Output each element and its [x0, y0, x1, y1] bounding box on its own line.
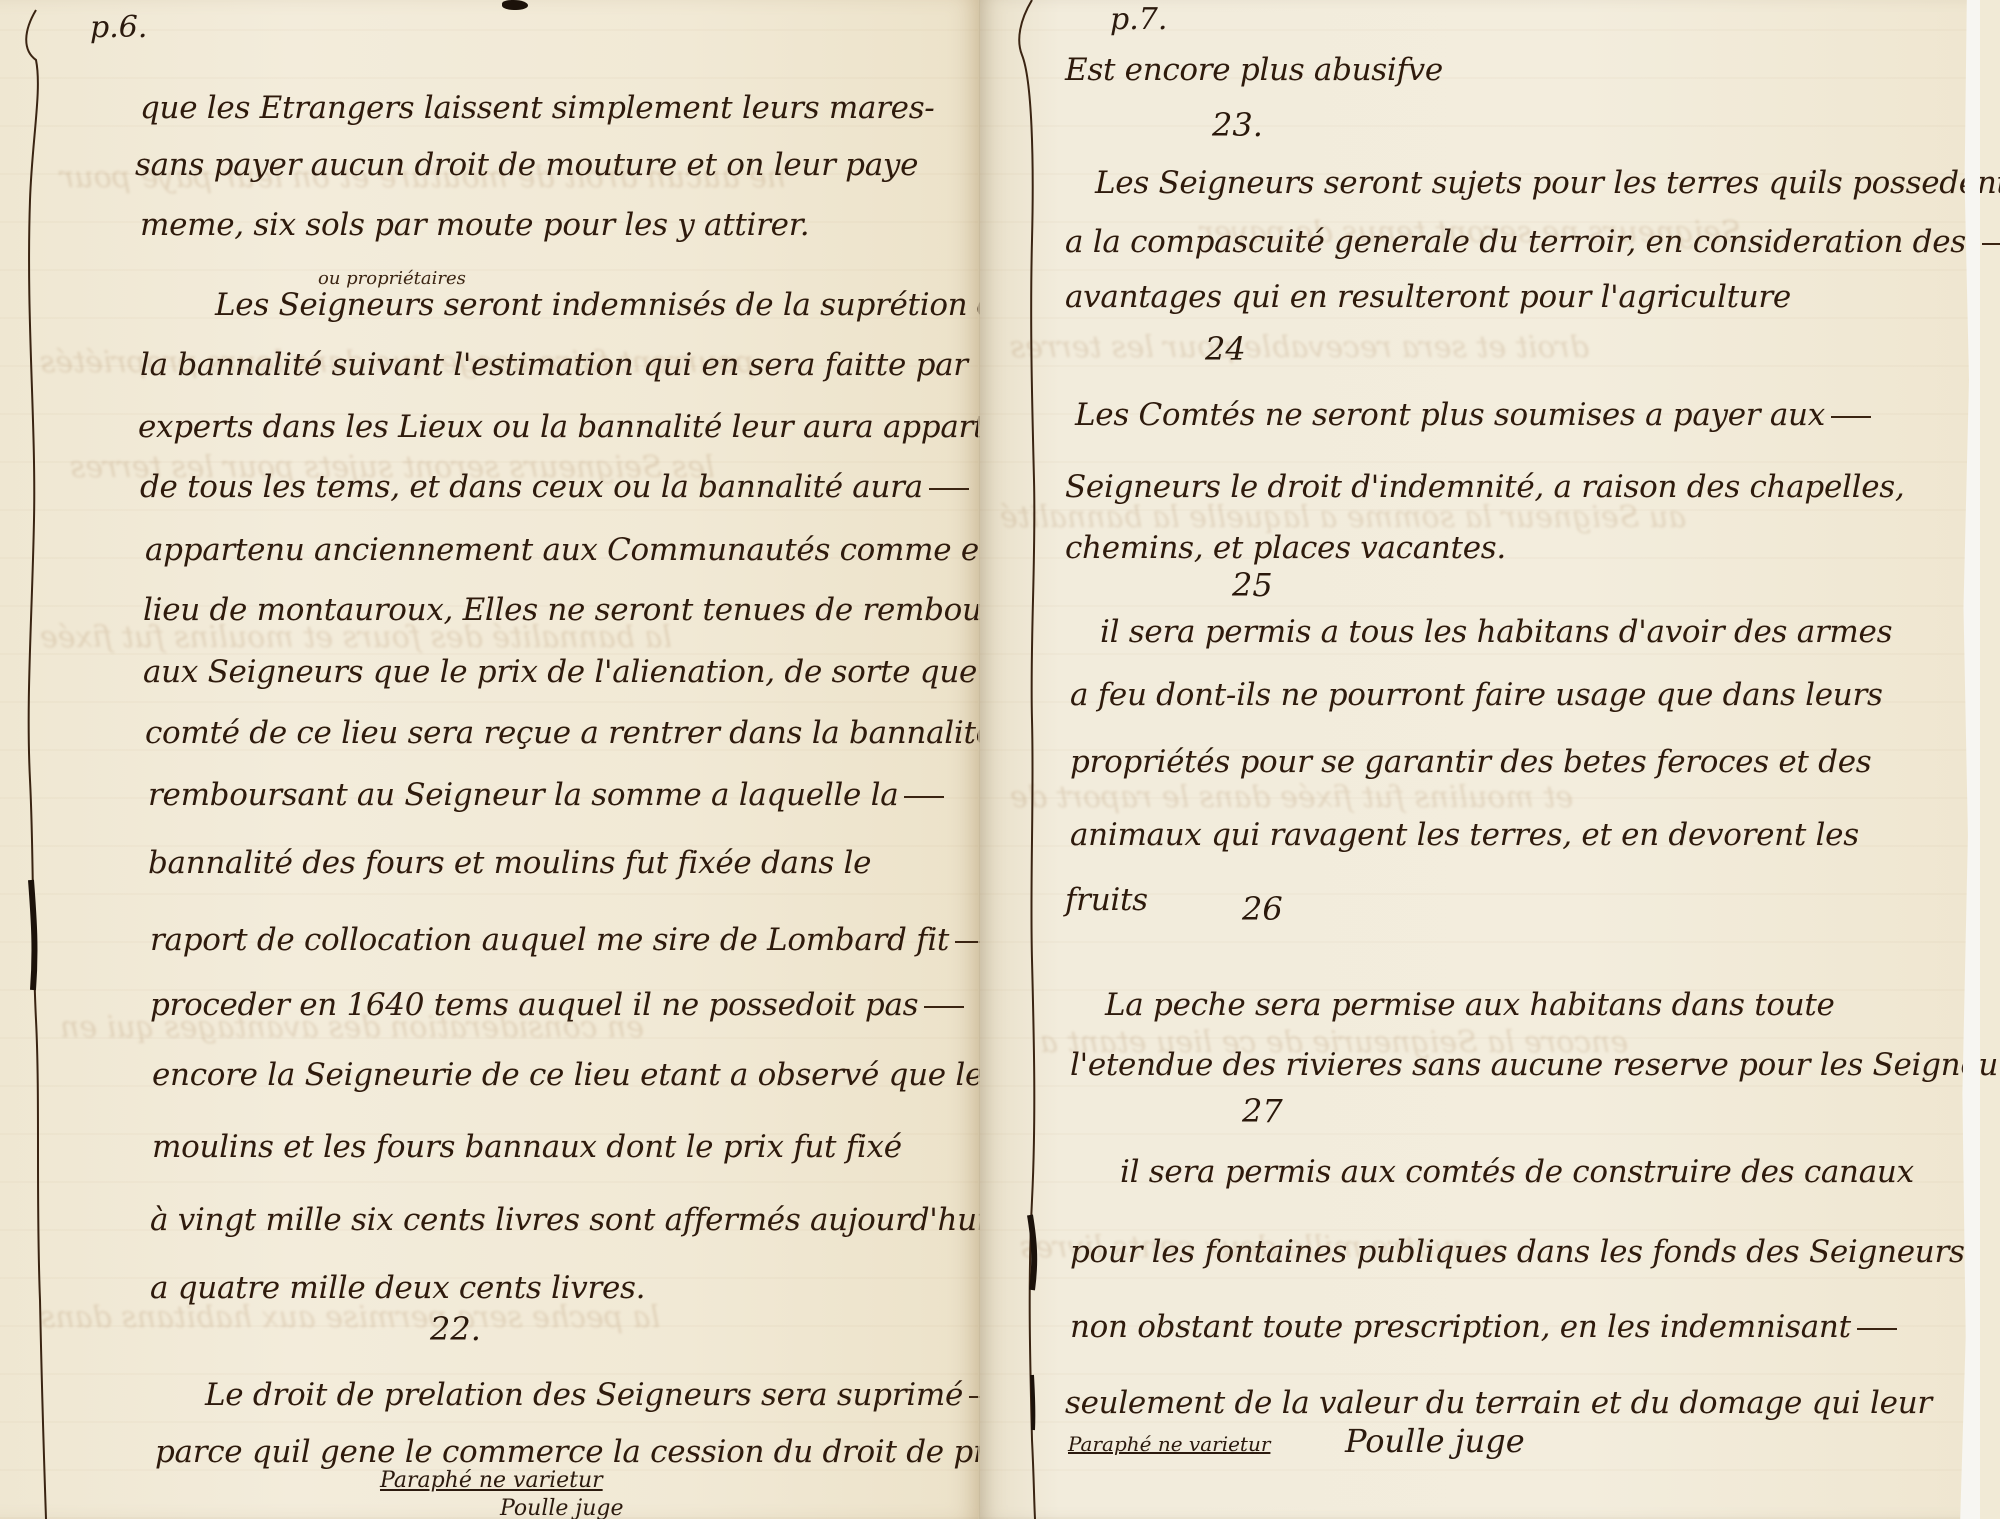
text-line: remboursant au Seigneur la somme a laque… [148, 775, 944, 815]
text-line: Les Seigneurs seront sujets pour les ter… [1095, 163, 2000, 203]
text-line: Le droit de prelation des Seigneurs sera… [205, 1375, 1009, 1415]
text-line: il sera permis a tous les habitans d'avo… [1100, 612, 1892, 652]
text-line: que les Etrangers laissent simplement le… [140, 88, 934, 128]
text-line: bannalité des fours et moulins fut fixée… [148, 843, 871, 883]
text-line: à vingt mille six cents livres sont affe… [150, 1200, 986, 1240]
text-line: encore la Seigneurie de ce lieu etant a … [152, 1055, 1045, 1095]
text-line: seulement de la valeur du terrain et du … [1065, 1383, 1932, 1423]
text-line: proceder en 1640 tems auquel il ne posse… [150, 985, 964, 1025]
text-line: a la compascuité generale du terroir, en… [1065, 222, 2000, 262]
ink-blot [502, 0, 528, 10]
paraph-text: Paraphé ne varietur [1068, 1432, 1270, 1456]
article-number: 23. [1212, 106, 1263, 144]
text-line: chemins, et places vacantes. [1065, 528, 1506, 568]
text-line: moulins et les fours bannaux dont le pri… [152, 1127, 902, 1167]
text-line: propriétés pour se garantir des betes fe… [1070, 742, 1871, 782]
text-line: aux Seigneurs que le prix de l'alienatio… [143, 652, 1014, 692]
left-page: ne aucun droit de mouture et on leur pay… [0, 0, 980, 1519]
text-line: sans payer aucun droit de mouture et on … [135, 145, 918, 185]
text-line: de tous les tems, et dans ceux ou la ban… [140, 467, 969, 507]
text-line: La peche sera permise aux habitans dans … [1105, 985, 1835, 1025]
article-number: 27 [1242, 1092, 1283, 1130]
manuscript-spread: ne aucun droit de mouture et on leur pay… [0, 0, 2000, 1519]
text-line: appartenu anciennement aux Communautés c… [145, 530, 1043, 570]
text-line: lieu de montauroux, Elles ne seront tenu… [143, 590, 1044, 630]
page-number: p.7. [1110, 2, 1167, 37]
text-line: avantages qui en resulteront pour l'agri… [1065, 277, 1791, 317]
text-line: a quatre mille deux cents livres. [150, 1268, 645, 1308]
text-line: Les Comtés ne seront plus soumises a pay… [1075, 395, 1871, 435]
article-number: 24 [1205, 330, 1246, 368]
text-line: comté de ce lieu sera reçue a rentrer da… [145, 713, 1041, 753]
paraph-text: Paraphé ne varietur [380, 1468, 603, 1493]
text-line: fruits [1065, 880, 1148, 920]
margin-rule [1002, 0, 1042, 1519]
text-line: il sera permis aux comtés de construire … [1120, 1152, 1914, 1192]
article-number: 25 [1232, 566, 1273, 604]
signature: Poulle juge [1345, 1422, 1525, 1460]
article-number: 26 [1242, 890, 1283, 928]
text-line: l'etendue des rivieres sans aucune reser… [1070, 1045, 2000, 1085]
text-line: a feu dont-ils ne pourront faire usage q… [1070, 675, 1883, 715]
page-number: p.6. [90, 10, 147, 45]
margin-rule [14, 0, 54, 1519]
text-line: non obstant toute prescription, en les i… [1070, 1307, 1897, 1347]
bleed-through-text: droit et sera recevable pour les terres [1010, 330, 1589, 365]
text-line: Les Seigneurs seront indemnisés de la su… [215, 285, 1015, 325]
text-line: Seigneurs le droit d'indemnité, a raison… [1065, 467, 1904, 507]
signature: Poulle juge [500, 1496, 624, 1519]
text-line: Est encore plus abusifve [1065, 50, 1443, 90]
bleed-through-text: et moulins fut fixée dans le raport de [1010, 780, 1573, 815]
paraph-note: Paraphé ne varietur [380, 1468, 603, 1493]
text-line: experts dans les Lieux ou la bannalité l… [138, 407, 1043, 447]
text-line: raport de collocation auquel me sire de … [150, 920, 995, 960]
text-line: meme, six sols par moute pour les y atti… [140, 205, 809, 245]
text-line: animaux qui ravagent les terres, et en d… [1070, 815, 1859, 855]
paraph-note: Paraphé ne varietur [1068, 1432, 1270, 1456]
text-line: la bannalité suivant l'estimation qui en… [140, 345, 968, 385]
text-line: pour les fontaines publiques dans les fo… [1070, 1232, 1965, 1272]
right-page: Seigneurs ne seront tenus de payer droit… [980, 0, 1980, 1519]
article-number: 22. [430, 1310, 481, 1348]
